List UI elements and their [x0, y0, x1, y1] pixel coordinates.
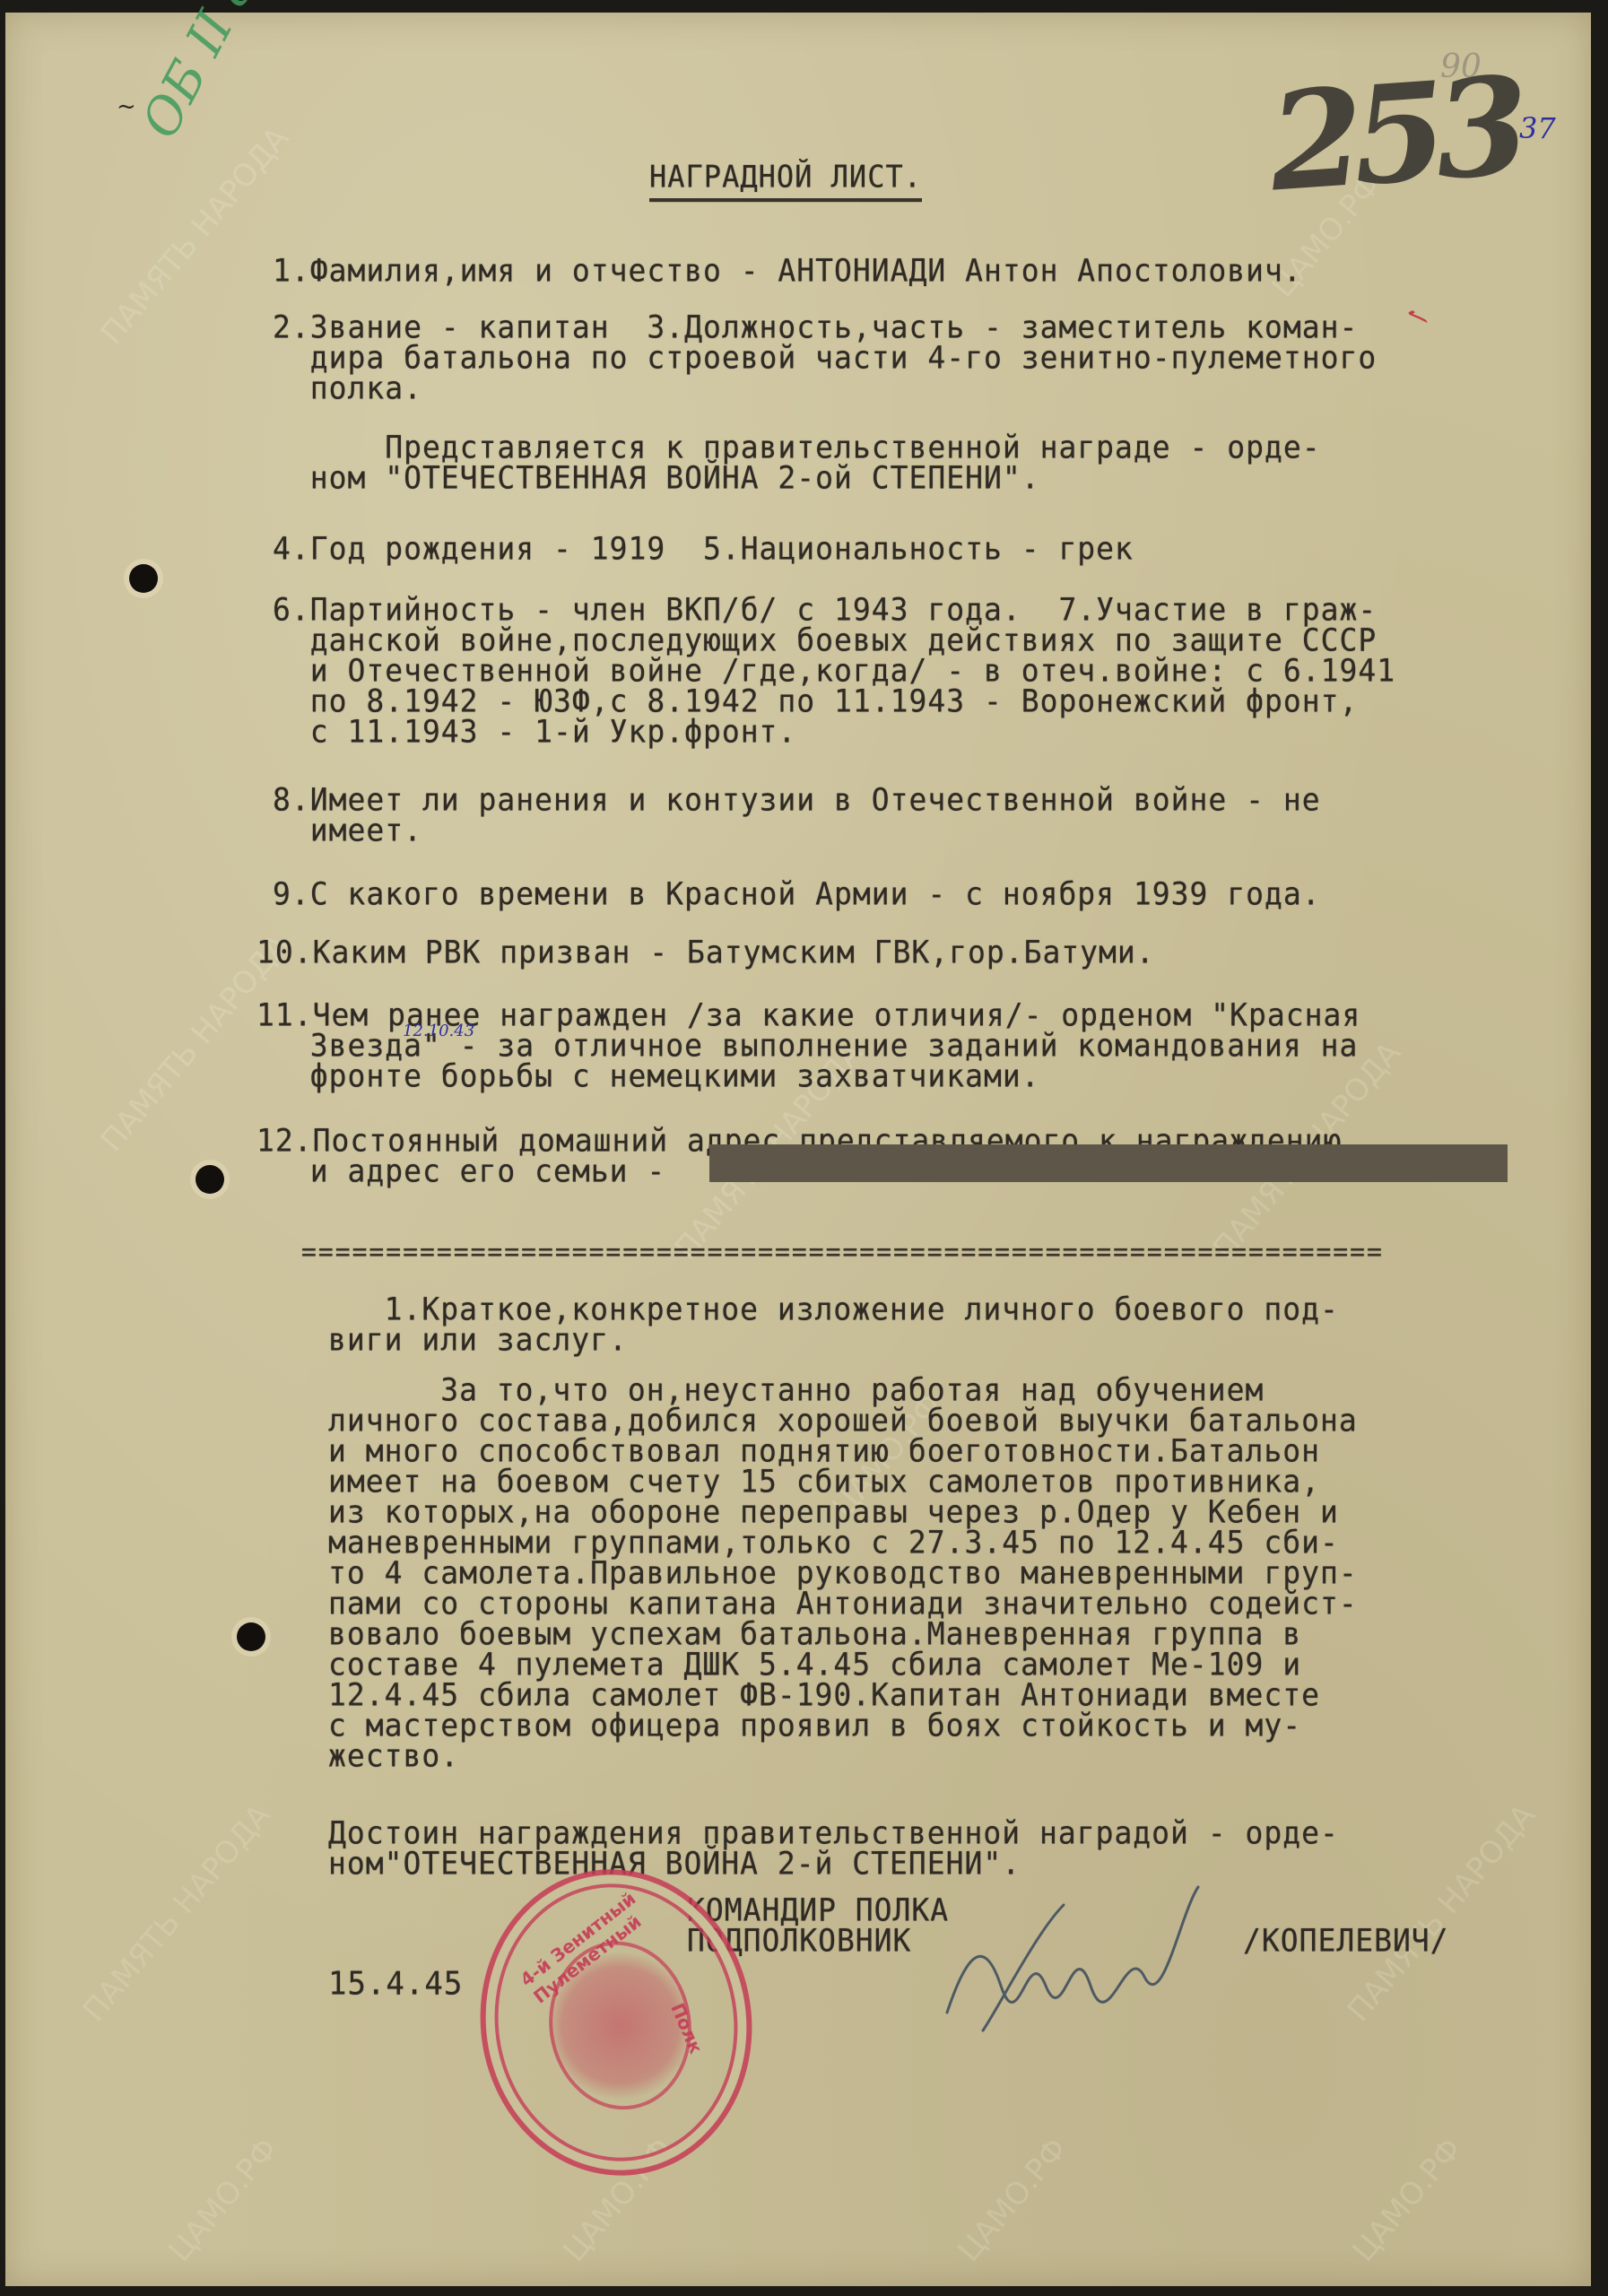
watermark: ЦАМО.РФ: [952, 2132, 1073, 2268]
field-previous-awards-cont: фронте борьбы с немецкими захватчиками.: [273, 1060, 1040, 1092]
section-divider: ========================================…: [301, 1236, 1384, 1268]
archive-number-faint: 90: [1440, 48, 1482, 85]
field-home-address-cont: и адрес его семьи -: [273, 1155, 665, 1187]
handwritten-award-date: 12.10.43: [403, 1022, 474, 1040]
award-sheet-page: ПАМЯТЬ НАРОДА ЦАМО.РФ ПАМЯТЬ НАРОДА ПАМЯ…: [5, 13, 1591, 2286]
field-rank-position-cont: дира батальона по строевой части 4-го зе…: [273, 342, 1377, 374]
handwritten-signature: [929, 1878, 1252, 2039]
punch-hole: [237, 1622, 265, 1651]
field-wounds-cont: имеет.: [273, 814, 422, 847]
punch-hole: [129, 564, 158, 593]
narrative-line: жество.: [328, 1740, 459, 1772]
red-pencil-mark: ✓: [1397, 300, 1434, 332]
document-date: 15.4.45: [328, 1968, 463, 2000]
document-title: НАГРАДНОЙ ЛИСТ.: [649, 161, 922, 202]
narrative-line: с мастерством офицера проявил в боях сто…: [328, 1709, 1301, 1742]
watermark: ПАМЯТЬ НАРОДА: [1341, 1798, 1542, 2028]
watermark: ЦАМО.РФ: [1346, 2132, 1468, 2268]
signatory-name: /КОПЕЛЕВИЧ/: [1243, 1925, 1449, 1957]
field-service-since: 9.С какого времени в Красной Армии - с н…: [273, 878, 1321, 910]
field-wounds: 8.Имеет ли ранения и контузии в Отечеств…: [273, 784, 1321, 816]
archive-number-pencil: 253: [1265, 48, 1524, 222]
nomination-text-cont: ном "ОТЕЧЕСТВЕННАЯ ВОЙНА 2-ой СТЕПЕНИ".: [273, 462, 1040, 494]
archive-number-blue: 37: [1519, 111, 1556, 145]
field-rank-position-cont: полка.: [273, 372, 422, 404]
green-margin-note: ОБ II 85: [131, 0, 282, 148]
field-conscription: 10.Каким РВК призван - Батумским ГВК,гор…: [256, 936, 1155, 969]
field-full-name: 1.Фамилия,имя и отчество - АНТОНИАДИ Ант…: [273, 255, 1302, 287]
field-birth-nationality: 4.Год рождения - 1919 5.Национальность -…: [273, 533, 1134, 565]
section-heading-cont: виги или заслуг.: [328, 1324, 628, 1356]
watermark: ПАМЯТЬ НАРОДА: [76, 1798, 277, 2028]
field-party-service-cont: с 11.1943 - 1-й Укр.фронт.: [273, 716, 796, 748]
watermark: ЦАМО.РФ: [162, 2132, 284, 2268]
watermark: ПАМЯТЬ НАРОДА: [94, 121, 295, 351]
redacted-address: [709, 1144, 1508, 1182]
punch-hole: [196, 1165, 224, 1194]
